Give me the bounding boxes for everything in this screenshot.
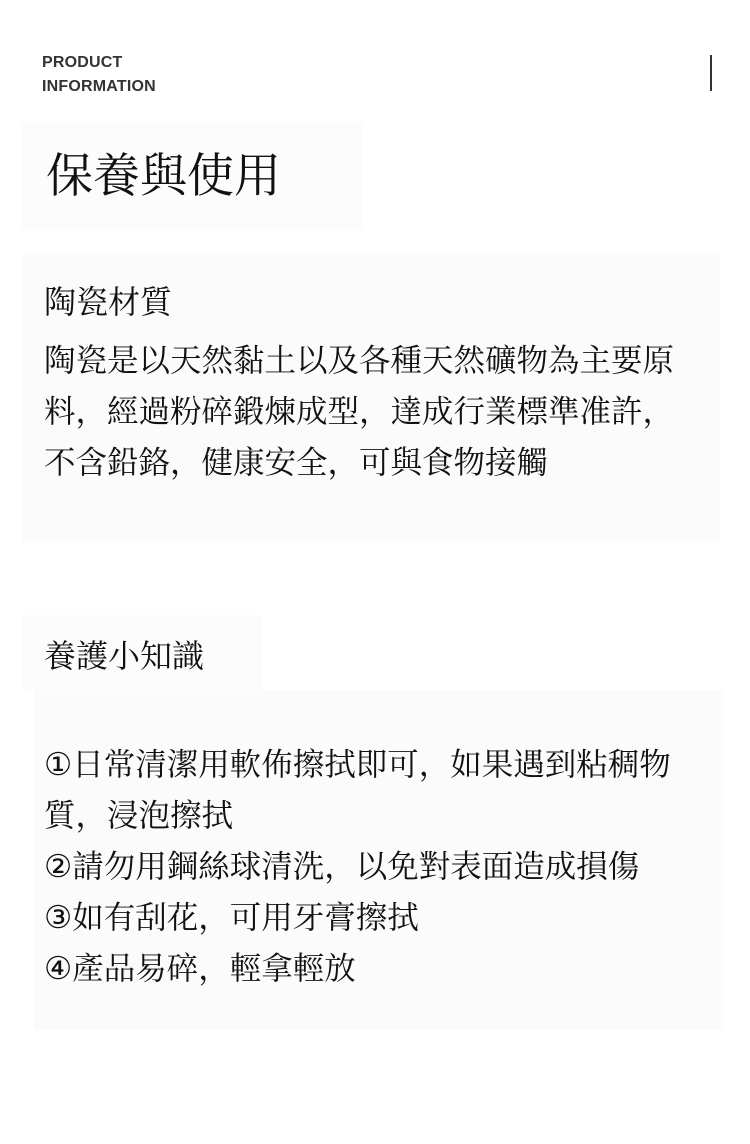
list-item: ④產品易碎，輕拿輕放 (44, 944, 714, 995)
product-information-label: PRODUCT INFORMATION (42, 51, 156, 99)
paragraph-line: 料，經過粉碎鍛煉成型，達成行業標準准許， (44, 387, 714, 438)
vertical-divider (710, 55, 712, 91)
list-item: ③如有刮花，可用牙膏擦拭 (44, 893, 714, 944)
list-item: ①日常清潔用軟佈擦拭即可，如果遇到粘稠物 (44, 740, 714, 791)
header-line-2: INFORMATION (42, 75, 156, 99)
page-title: 保養與使用 (46, 147, 281, 207)
list-item-continuation: 質，浸泡擦拭 (44, 791, 714, 842)
paragraph-line: 陶瓷是以天然黏土以及各種天然礦物為主要原 (44, 336, 714, 387)
care-tips-list: ①日常清潔用軟佈擦拭即可，如果遇到粘稠物 質，浸泡擦拭 ②請勿用鋼絲球清洗，以免… (44, 740, 714, 995)
paragraph-line: 不含鉛鉻，健康安全，可與食物接觸 (44, 438, 714, 489)
ceramic-material-heading: 陶瓷材質 (44, 281, 172, 323)
care-tips-heading: 養護小知識 (44, 635, 204, 677)
ceramic-material-description: 陶瓷是以天然黏土以及各種天然礦物為主要原 料，經過粉碎鍛煉成型，達成行業標準准許… (44, 336, 714, 489)
list-item: ②請勿用鋼絲球清洗，以免對表面造成損傷 (44, 842, 714, 893)
header-line-1: PRODUCT (42, 51, 156, 75)
